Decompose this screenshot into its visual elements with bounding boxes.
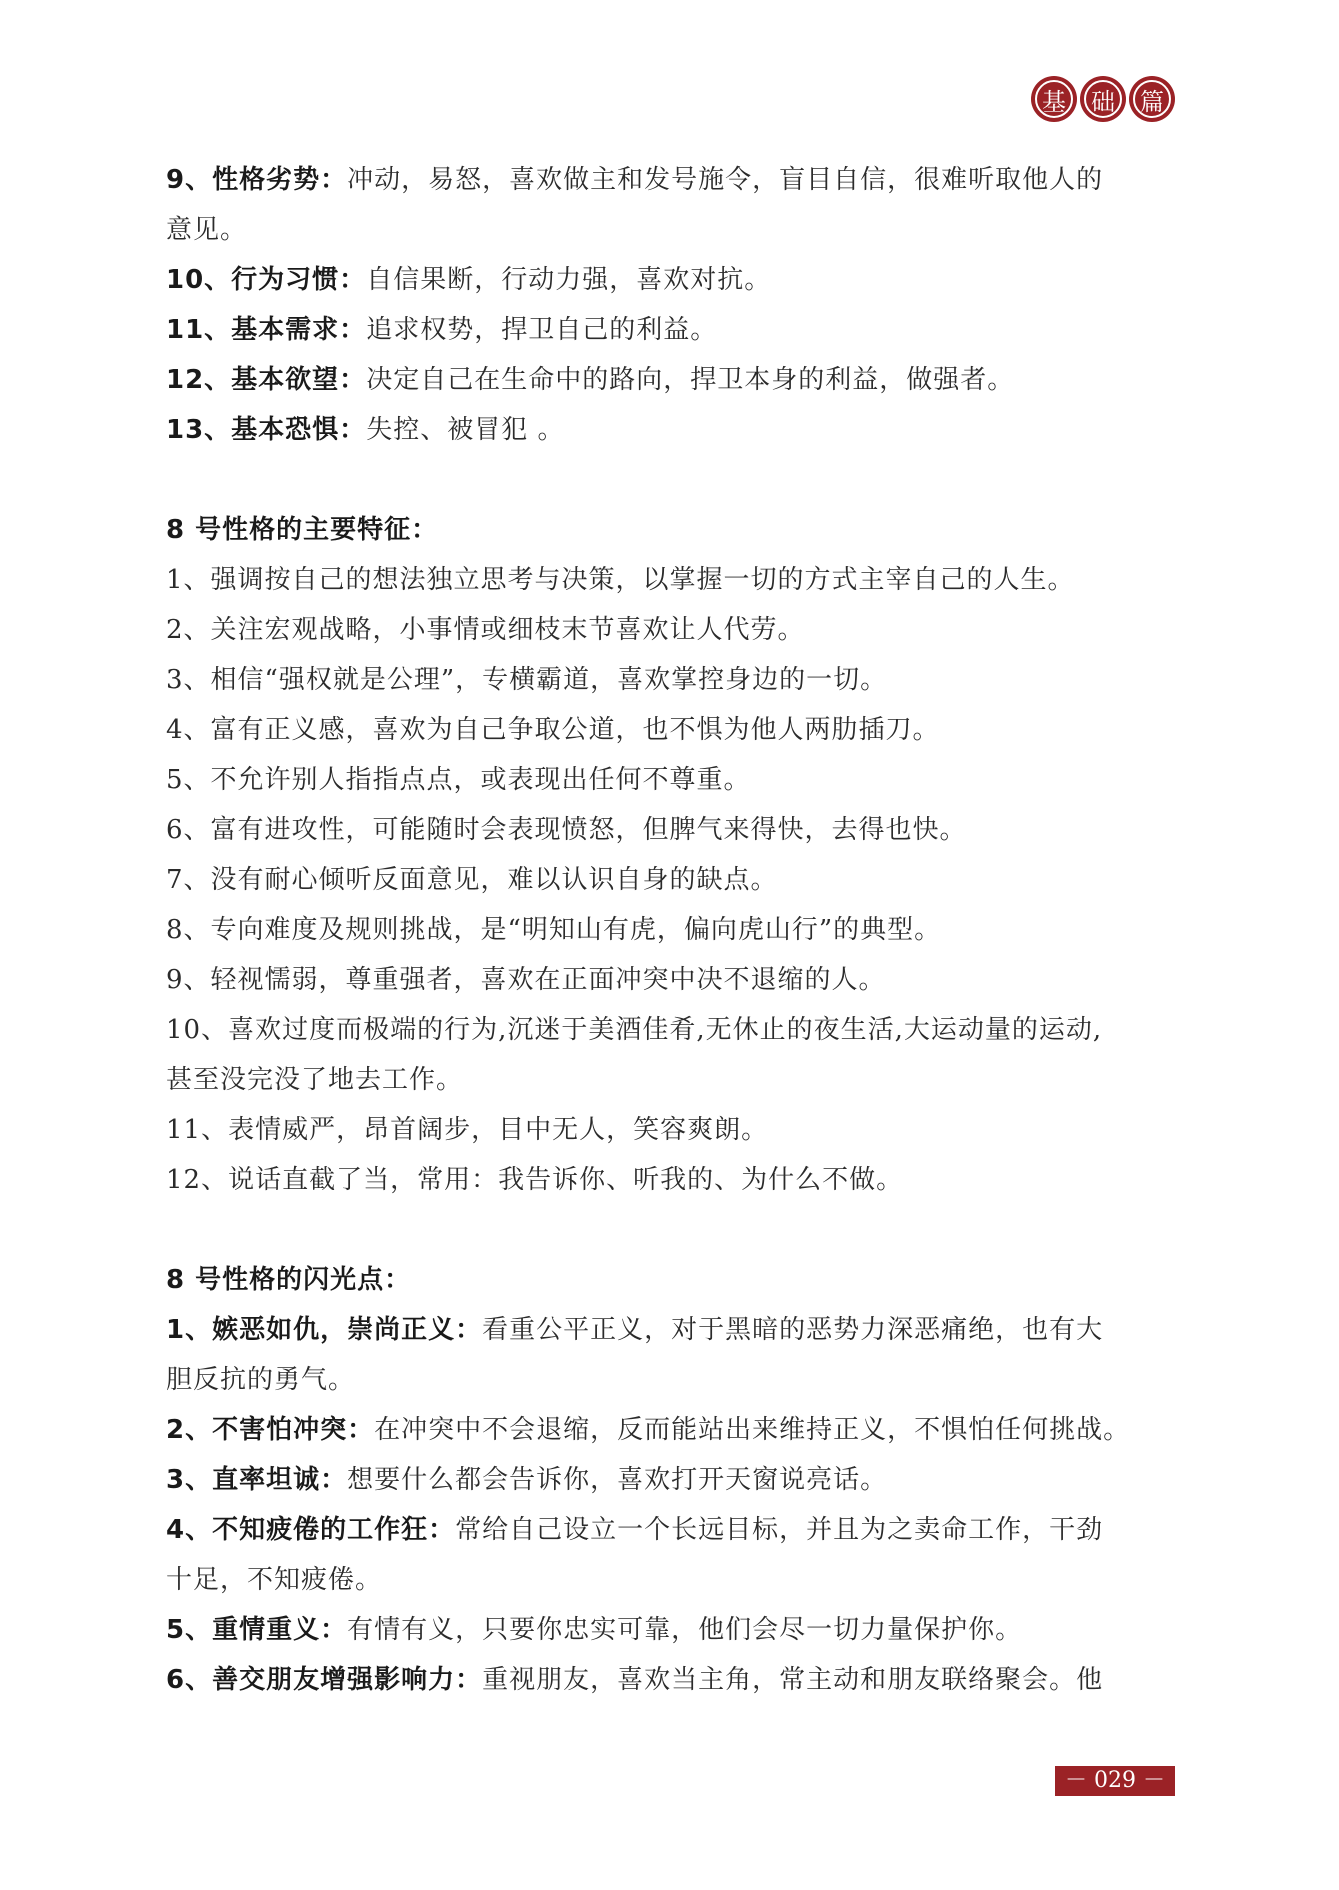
feature-item: 12、说话直截了当，常用：我告诉你、听我的、为什么不做。: [166, 1155, 1176, 1205]
badge-ji: 基: [1031, 76, 1077, 122]
feature-item: 6、富有进攻性，可能随时会表现愤怒，但脾气来得快，去得也快。: [166, 805, 1176, 855]
feature-item: 甚至没完没了地去工作。: [166, 1055, 1176, 1105]
highlight-item-cont: 十足，不知疲倦。: [166, 1555, 1176, 1605]
badge-chu: 础: [1080, 76, 1126, 122]
highlight-item: 6、善交朋友增强影响力：重视朋友，喜欢当主角，常主动和朋友联络聚会。他: [166, 1655, 1176, 1705]
attribute-10: 10、行为习惯：自信果断，行动力强，喜欢对抗。: [166, 255, 1176, 305]
section-badges: 基 础 篇: [1031, 76, 1175, 122]
feature-item: 10、喜欢过度而极端的行为,沉迷于美酒佳肴,无休止的夜生活,大运动量的运动,: [166, 1005, 1176, 1055]
feature-item: 9、轻视懦弱，尊重强者，喜欢在正面冲突中决不退缩的人。: [166, 955, 1176, 1005]
page-number: － 029 －: [1055, 1766, 1175, 1796]
attribute-9: 9、性格劣势：冲动，易怒，喜欢做主和发号施令，盲目自信，很难听取他人的: [166, 155, 1176, 205]
highlight-item: 4、不知疲倦的工作狂：常给自己设立一个长远目标，并且为之卖命工作，干劲: [166, 1505, 1176, 1555]
features-title: 8 号性格的主要特征：: [166, 505, 1176, 555]
feature-item: 7、没有耐心倾听反面意见，难以认识自身的缺点。: [166, 855, 1176, 905]
feature-item: 2、关注宏观战略，小事情或细枝末节喜欢让人代劳。: [166, 605, 1176, 655]
highlight-item: 2、不害怕冲突：在冲突中不会退缩，反而能站出来维持正义，不惧怕任何挑战。: [166, 1405, 1176, 1455]
attribute-11: 11、基本需求：追求权势，捍卫自己的利益。: [166, 305, 1176, 355]
attribute-9-cont: 意见。: [166, 205, 1176, 255]
feature-item: 11、表情威严，昂首阔步，目中无人，笑容爽朗。: [166, 1105, 1176, 1155]
highlight-item: 5、重情重义：有情有义，只要你忠实可靠，他们会尽一切力量保护你。: [166, 1605, 1176, 1655]
feature-item: 1、强调按自己的想法独立思考与决策，以掌握一切的方式主宰自己的人生。: [166, 555, 1176, 605]
highlight-item: 3、直率坦诚：想要什么都会告诉你，喜欢打开天窗说亮话。: [166, 1455, 1176, 1505]
attribute-13: 13、基本恐惧：失控、被冒犯 。: [166, 405, 1176, 455]
page-content: 9、性格劣势：冲动，易怒，喜欢做主和发号施令，盲目自信，很难听取他人的 意见。 …: [166, 155, 1176, 1705]
highlights-title: 8 号性格的闪光点：: [166, 1255, 1176, 1305]
feature-item: 3、相信“强权就是公理”，专横霸道，喜欢掌控身边的一切。: [166, 655, 1176, 705]
feature-item: 5、不允许别人指指点点，或表现出任何不尊重。: [166, 755, 1176, 805]
feature-item: 8、专向难度及规则挑战，是“明知山有虎，偏向虎山行”的典型。: [166, 905, 1176, 955]
highlight-item: 1、嫉恶如仇，崇尚正义：看重公平正义，对于黑暗的恶势力深恶痛绝，也有大: [166, 1305, 1176, 1355]
highlight-item-cont: 胆反抗的勇气。: [166, 1355, 1176, 1405]
feature-item: 4、富有正义感，喜欢为自己争取公道，也不惧为他人两肋插刀。: [166, 705, 1176, 755]
attribute-12: 12、基本欲望：决定自己在生命中的路向，捍卫本身的利益，做强者。: [166, 355, 1176, 405]
badge-pian: 篇: [1129, 76, 1175, 122]
